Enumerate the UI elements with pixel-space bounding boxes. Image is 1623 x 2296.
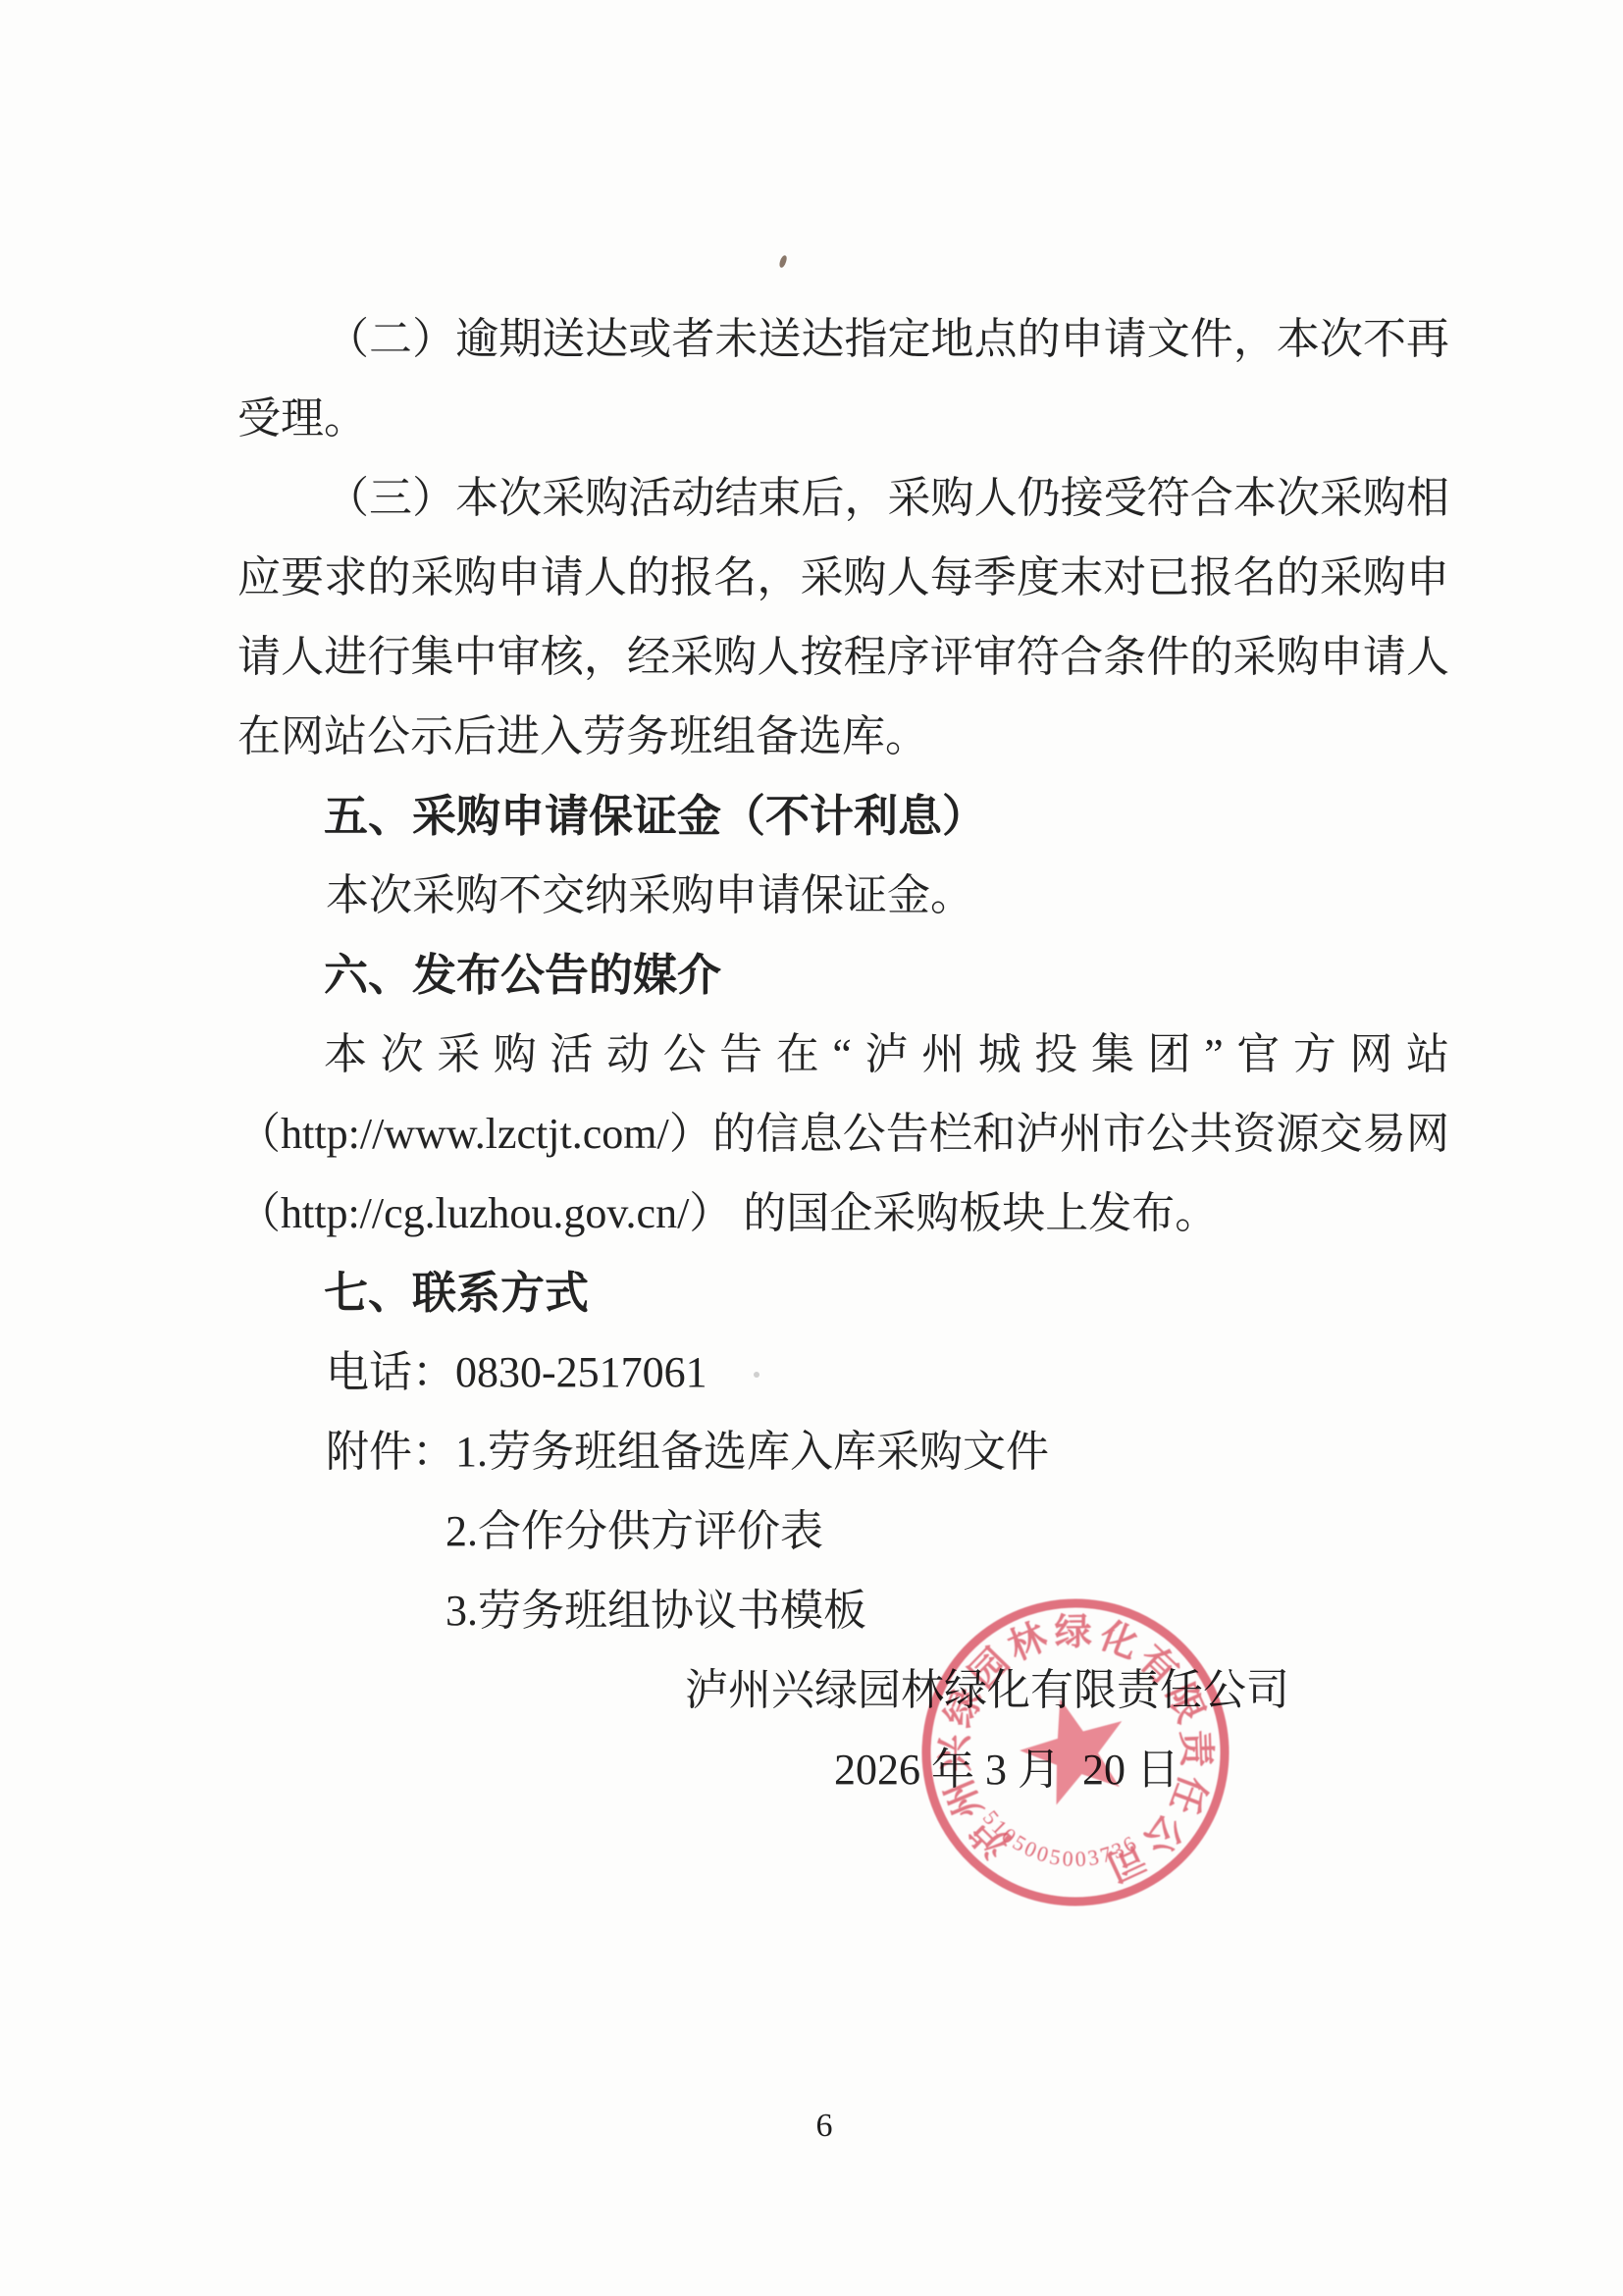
text-line: 本次采购不交纳采购申请保证金。 [237,856,1449,935]
text-line: 本次采购活动公告在“泸州城投集团”官方网站 [237,1015,1449,1094]
text-line: 附件：1.劳务班组备选库入库采购文件 [237,1412,1449,1491]
page-number: 6 [226,2108,1423,2145]
text-line: 应要求的采购申请人的报名，采购人每季度末对已报名的采购申 [237,538,1449,617]
scan-speck [778,254,787,268]
seal-serial-text: 5105005003736 [972,1802,1145,1884]
text-line: （http://www.lzctjt.com/）的信息公告栏和泸州市公共资源交易… [237,1094,1449,1174]
text-line: 泸州兴绿园林绿化有限责任公司 [237,1650,1449,1730]
text-line: （二）逾期送达或者未送达指定地点的申请文件，本次不再 [237,299,1449,379]
text-line: （http://cg.luzhou.gov.cn/） 的国企采购板块上发布。 [237,1174,1449,1253]
text-line: 请人进行集中审核，经采购人按程序评审符合条件的采购申请人 [237,617,1449,697]
text-line: 2026 年 3 月 20 日 [237,1730,1449,1809]
text-line: 七、联系方式 [237,1253,1449,1332]
text-line: 3.劳务班组协议书模板 [237,1571,1449,1650]
text-line: 2.合作分供方评价表 [237,1491,1449,1571]
text-line: 五、采购申请保证金（不计利息） [237,776,1449,856]
text-line: 在网站公示后进入劳务班组备选库。 [237,697,1449,776]
text-line: （三）本次采购活动结束后，采购人仍接受符合本次采购相 [237,458,1449,538]
text-line: 电话：0830-2517061 [237,1332,1449,1412]
document-page: （二）逾期送达或者未送达指定地点的申请文件，本次不再受理。（三）本次采购活动结束… [0,0,1623,2296]
text-line: 六、发布公告的媒介 [237,935,1449,1015]
document-body: （二）逾期送达或者未送达指定地点的申请文件，本次不再受理。（三）本次采购活动结束… [237,299,1449,1809]
text-line: 受理。 [237,379,1449,458]
